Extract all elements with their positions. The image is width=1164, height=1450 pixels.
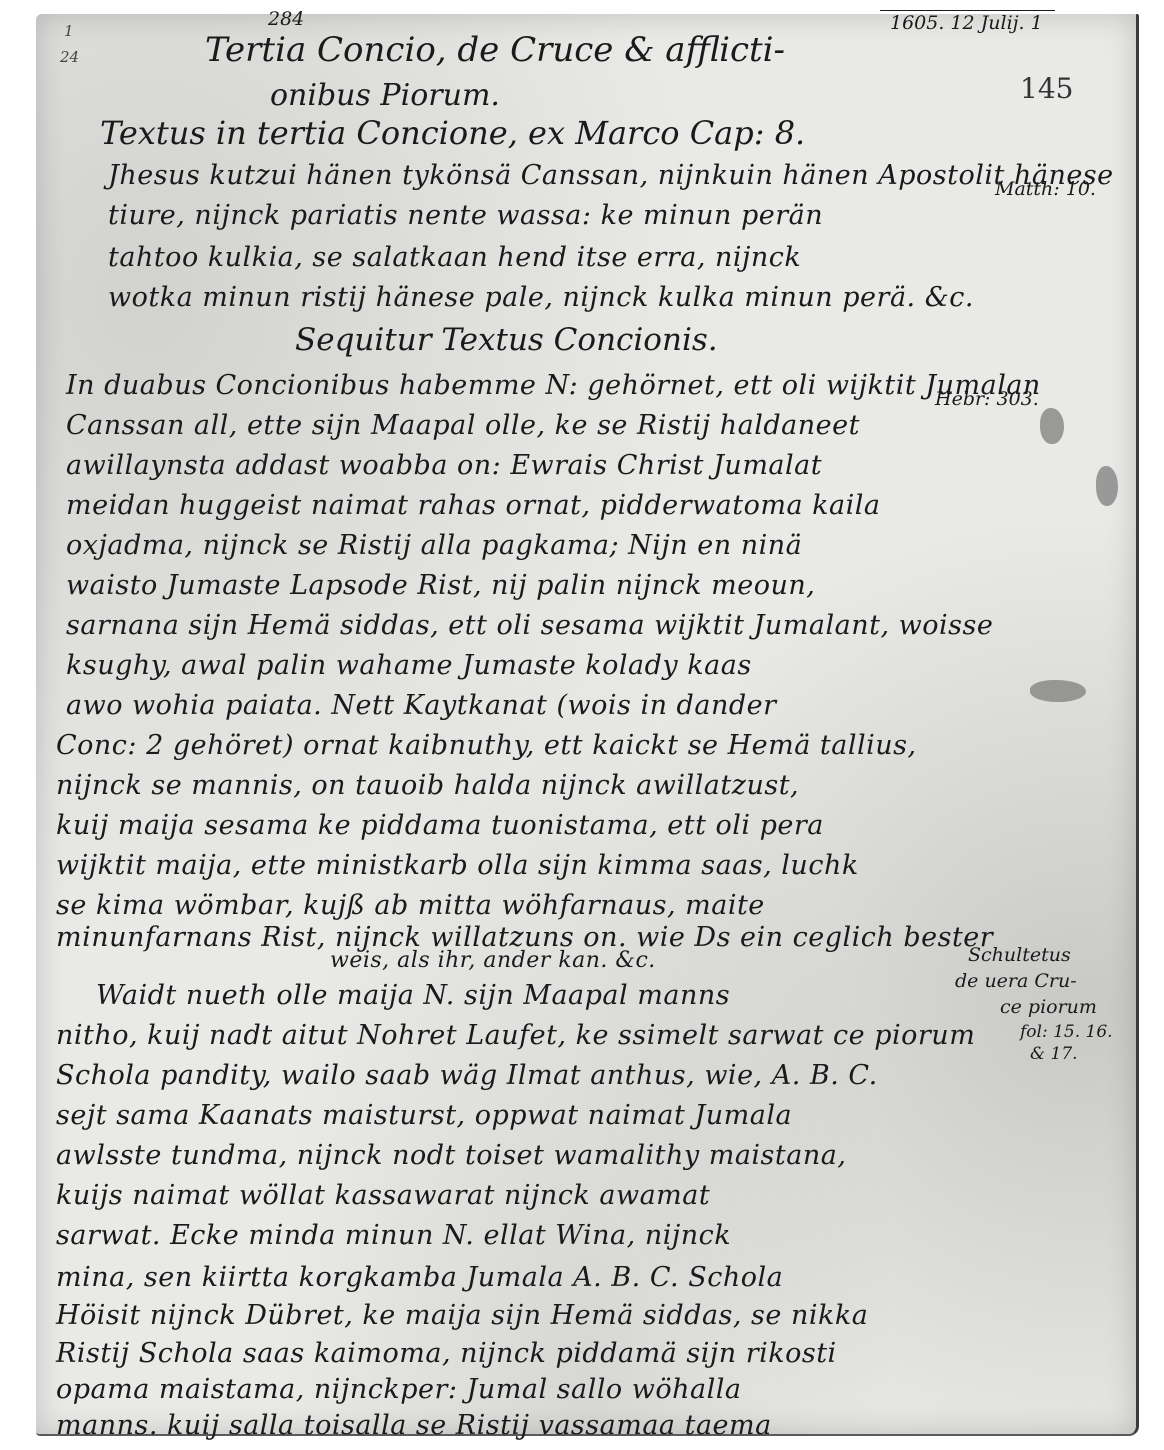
textus-line: Jhesus kutzui hänen tykönsä Canssan, nij…	[108, 160, 1114, 191]
ink-stain	[1030, 680, 1086, 702]
body-line: Conc: 2 gehöret) ornat kaibnuthy, ett ka…	[56, 730, 917, 761]
body-line: meidan huggeist naimat rahas ornat, pidd…	[66, 490, 880, 521]
body-line: waisto Jumaste Lapsode Rist, nij palin n…	[66, 570, 815, 601]
body2-line: Waidt nueth olle maija N. sijn Maapal ma…	[96, 980, 730, 1011]
date-note: 1605. 12 Julij. 1	[890, 12, 1043, 34]
corner-mark-top: 1	[64, 22, 74, 40]
body2-line: Schola pandity, wailo saab wäg Ilmat ant…	[56, 1060, 878, 1091]
margin-reference-hebrews: Hebr: 303.	[935, 388, 1039, 410]
corner-left-number: 24	[60, 48, 79, 66]
body2-line: sarwat. Ecke minda minun N. ellat Wina, …	[56, 1220, 731, 1251]
body2-line: awlsste tundma, nijnck nodt toiset wamal…	[56, 1140, 846, 1171]
body-line: kuij maija sesama ke piddama tuonistama,…	[56, 810, 824, 841]
date-overline	[880, 10, 1055, 11]
textus-heading: Textus in tertia Concione, ex Marco Cap:…	[100, 114, 805, 152]
body-line: wijktit maija, ette ministkarb olla sijn…	[56, 850, 859, 881]
title-line-2: onibus Piorum.	[270, 78, 500, 113]
old-folio-number: 284	[268, 8, 304, 30]
folio-number: 145	[1020, 72, 1073, 105]
textus-line: tiure, nijnck pariatis nente wassa: ke m…	[108, 200, 823, 231]
body-line: awo wohia paiata. Nett Kaytkanat (wois i…	[66, 690, 777, 721]
body2-line: mina, sen kiirtta korgkamba Jumala A. B.…	[56, 1262, 783, 1293]
ink-stain	[1040, 408, 1064, 444]
body-line: weis, als ihr, ander kan. &c.	[330, 948, 656, 973]
title-line-1: Tertia Concio, de Cruce & afflicti-	[205, 30, 785, 70]
margin-folio-reference: fol: 15. 16.	[1020, 1022, 1113, 1042]
textus-line: tahtoo kulkia, se salatkaan hend itse er…	[108, 242, 801, 273]
body-line: awillaynsta addast woabba on: Ewrais Chr…	[66, 450, 822, 481]
body-line: se kima wömbar, kujß ab mitta wöhfarnaus…	[56, 890, 765, 921]
body2-line: opama maistama, nijnckper: Jumal sallo w…	[56, 1374, 741, 1405]
body2-line: kuijs naimat wöllat kassawarat nijnck aw…	[56, 1180, 710, 1211]
body2-line: manns. kuij salla toisalla se Ristij vas…	[56, 1410, 772, 1441]
body-line: In duabus Concionibus habemme N: gehörne…	[66, 370, 1041, 401]
body2-line: sejt sama Kaanats maisturst, oppwat naim…	[56, 1100, 792, 1131]
body2-line: nitho, kuij nadt aitut Nohret Laufet, ke…	[56, 1020, 975, 1051]
body-line: Canssan all, ette sijn Maapal olle, ke s…	[66, 410, 860, 441]
margin-reference-schultetus: de uera Cru-	[955, 970, 1077, 992]
body2-line: Höisit nijnck Dübret, ke maija sijn Hemä…	[56, 1300, 868, 1331]
body-line: oxjadma, nijnck se Ristij alla pagkama; …	[66, 530, 802, 561]
margin-reference-matthew: Matth: 10.	[995, 178, 1096, 200]
sequitur-heading: Sequitur Textus Concionis.	[295, 322, 718, 358]
body-line: ksughy, awal palin wahame Jumaste kolady…	[66, 650, 752, 681]
textus-line: wotka minun ristij hänese pale, nijnck k…	[108, 282, 974, 313]
margin-folio-reference: & 17.	[1030, 1044, 1078, 1064]
ink-stain	[1096, 466, 1118, 506]
body2-line: Ristij Schola saas kaimoma, nijnck pidda…	[56, 1338, 837, 1369]
margin-reference-schultetus: ce piorum	[1000, 996, 1097, 1018]
body-line: nijnck se mannis, on tauoib halda nijnck…	[56, 770, 799, 801]
body-line: sarnana sijn Hemä siddas, ett oli sesama…	[66, 610, 993, 641]
margin-reference-schultetus: Schultetus	[968, 944, 1071, 966]
